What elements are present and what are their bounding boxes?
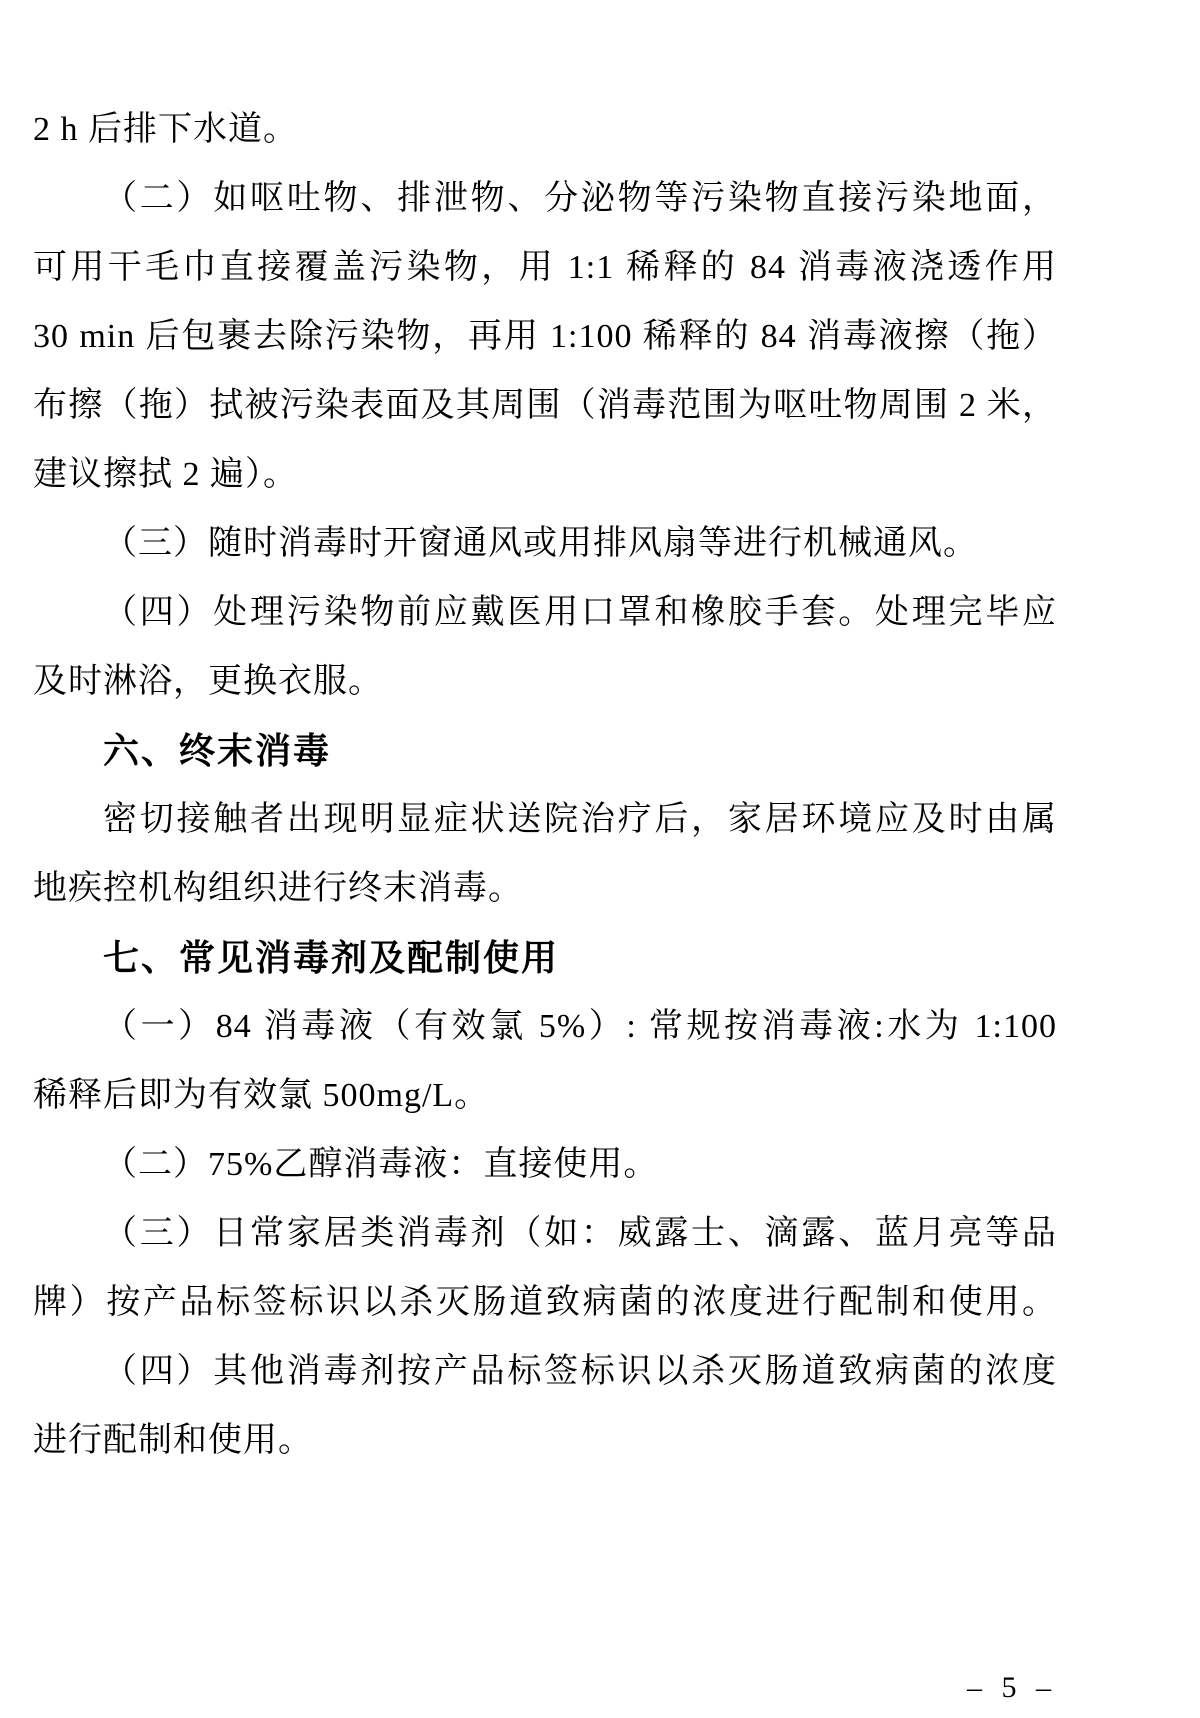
- page-number: – 5 –: [967, 1671, 1057, 1704]
- text-line: 30 min 后包裹去除污染物，再用 1:100 稀释的 84 消毒液擦（拖）: [33, 302, 1057, 371]
- document-body: 2 h 后排下水道。 （二）如呕吐物、排泄物、分泌物等污染物直接污染地面， 可用…: [33, 95, 1057, 1475]
- text-line: 布擦（拖）拭被污染表面及其周围（消毒范围为呕吐物周围 2 米，: [33, 371, 1057, 440]
- text-line: 2 h 后排下水道。: [33, 95, 1057, 164]
- text-line: （二）如呕吐物、排泄物、分泌物等污染物直接污染地面，: [33, 164, 1057, 233]
- text-line: （四）处理污染物前应戴医用口罩和橡胶手套。处理完毕应: [33, 578, 1057, 647]
- text-line: 地疾控机构组织进行终末消毒。: [33, 854, 1057, 923]
- text-line: 进行配制和使用。: [33, 1406, 1057, 1475]
- text-line: 及时淋浴，更换衣服。: [33, 647, 1057, 716]
- text-line: 密切接触者出现明显症状送院治疗后，家居环境应及时由属: [33, 785, 1057, 854]
- text-line: （二）75%乙醇消毒液：直接使用。: [33, 1130, 1057, 1199]
- page-footer: – 5 –: [967, 1668, 1057, 1708]
- text-line: （四）其他消毒剂按产品标签标识以杀灭肠道致病菌的浓度: [33, 1337, 1057, 1406]
- document-page: 2 h 后排下水道。 （二）如呕吐物、排泄物、分泌物等污染物直接污染地面， 可用…: [0, 0, 1200, 1718]
- text-line: 建议擦拭 2 遍）。: [33, 440, 1057, 509]
- text-line: （三）日常家居类消毒剂（如：威露士、滴露、蓝月亮等品: [33, 1199, 1057, 1268]
- section-heading: 七、常见消毒剂及配制使用: [33, 923, 1057, 992]
- text-line: 可用干毛巾直接覆盖污染物，用 1:1 稀释的 84 消毒液浇透作用: [33, 233, 1057, 302]
- text-line: 牌）按产品标签标识以杀灭肠道致病菌的浓度进行配制和使用。: [33, 1268, 1057, 1337]
- text-line: 稀释后即为有效氯 500mg/L。: [33, 1061, 1057, 1130]
- section-heading: 六、终末消毒: [33, 716, 1057, 785]
- text-line: （一）84 消毒液（有效氯 5%）: 常规按消毒液:水为 1:100: [33, 992, 1057, 1061]
- text-line: （三）随时消毒时开窗通风或用排风扇等进行机械通风。: [33, 509, 1057, 578]
